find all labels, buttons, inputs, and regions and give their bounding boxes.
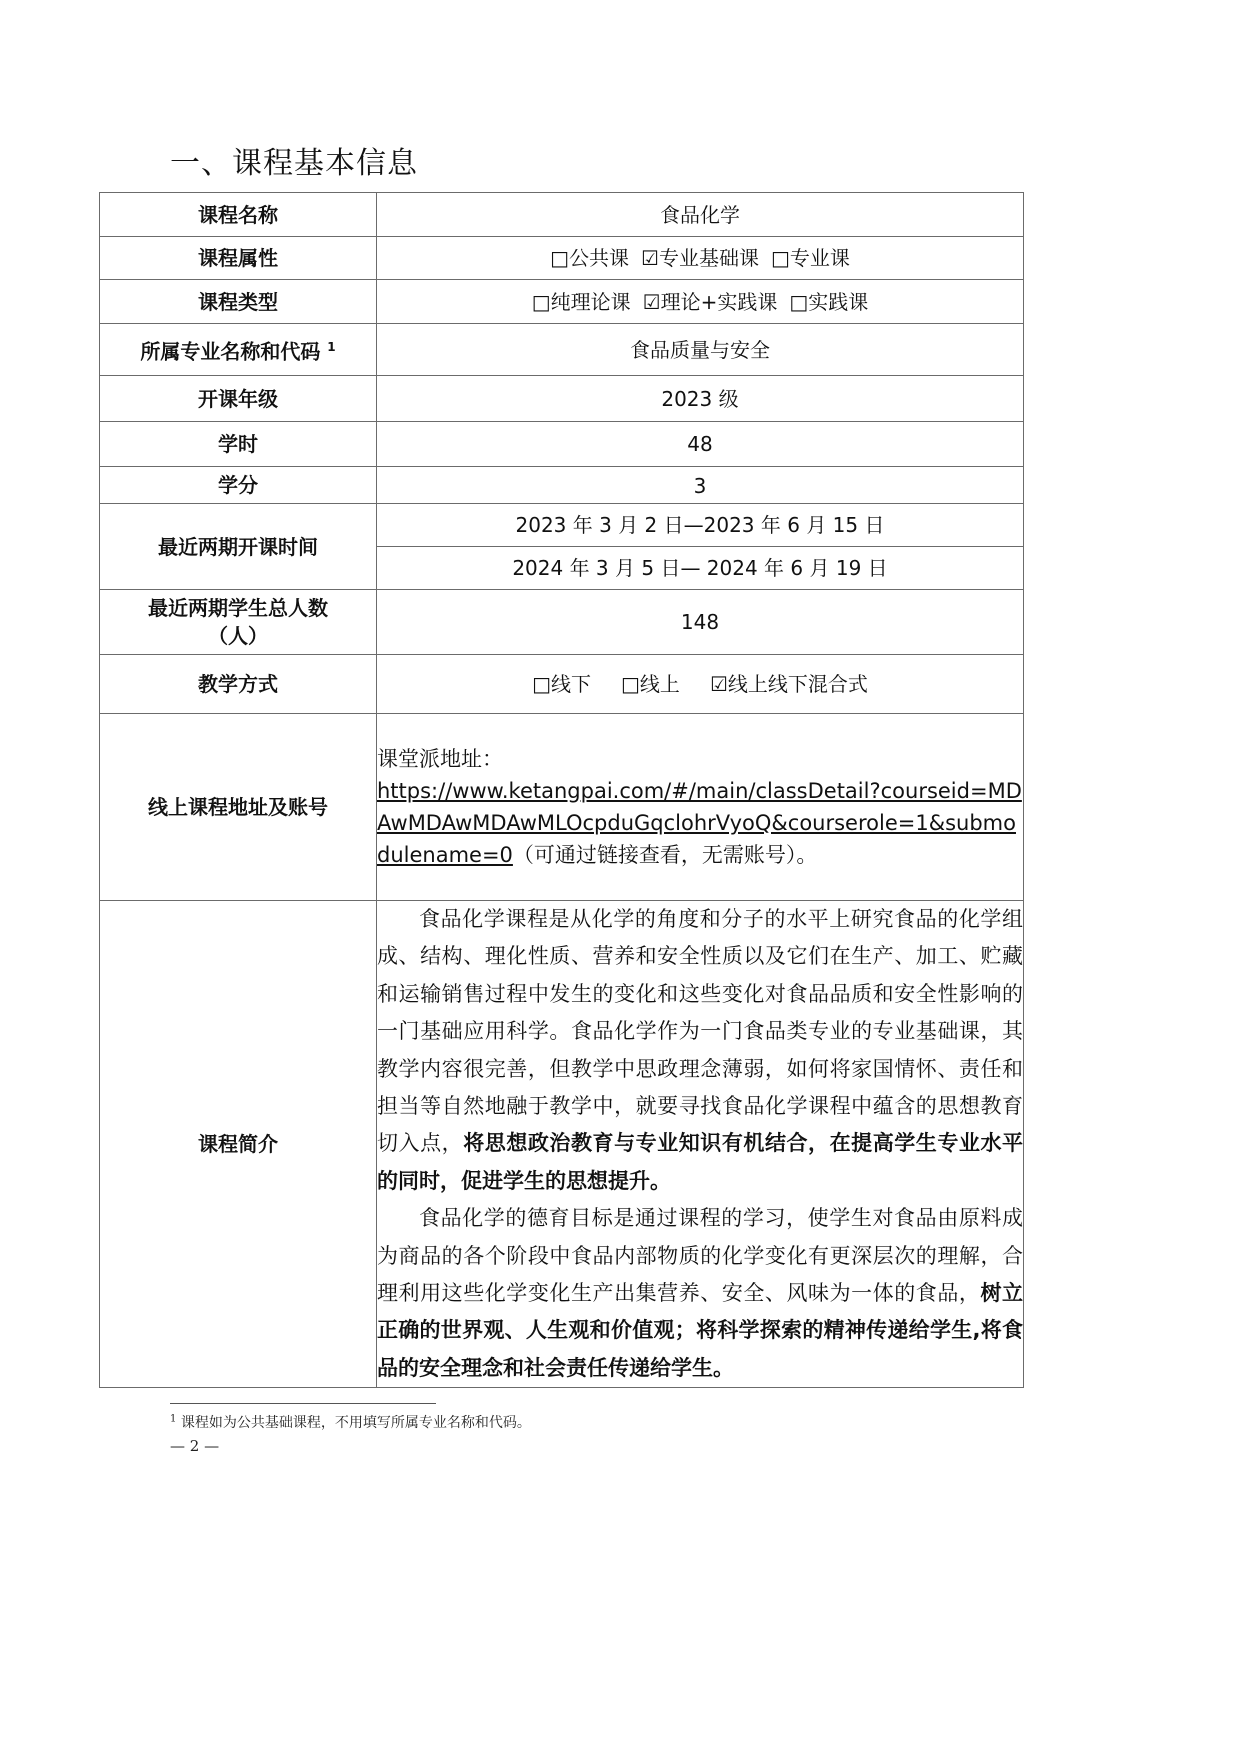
- label-students: 最近两期学生总人数 （人）: [100, 590, 377, 655]
- value-credits: 3: [377, 467, 1024, 504]
- label-major: 所属专业名称和代码 1: [100, 324, 377, 376]
- value-term-2: 2024 年 3 月 5 日— 2024 年 6 月 19 日: [377, 547, 1024, 590]
- online-note: （可通过链接查看，无需账号）。: [513, 843, 818, 867]
- option-theory-practice[interactable]: ☑理论+实践课: [643, 290, 778, 314]
- label-intro: 课程简介: [100, 901, 377, 1388]
- option-major-course[interactable]: □专业课: [771, 246, 850, 270]
- option-theory-only[interactable]: □纯理论课: [532, 290, 631, 314]
- value-online-address: 课堂派地址：https://www.ketangpai.com/#/main/c…: [377, 714, 1024, 901]
- label-online-address: 线上课程地址及账号: [100, 714, 377, 901]
- footnote-mark: 1: [170, 1413, 176, 1424]
- value-teaching-mode: □线下□线上☑线上线下混合式: [377, 655, 1024, 714]
- label-course-type: 课程类型: [100, 280, 377, 324]
- page-number: — 2 —: [170, 1437, 219, 1455]
- footnote-ref: 1: [327, 340, 335, 354]
- option-practice[interactable]: □实践课: [789, 290, 868, 314]
- value-intro: 食品化学课程是从化学的角度和分子的水平上研究食品的化学组成、结构、理化性质、营养…: [377, 901, 1024, 1388]
- intro-p1-bold: 将思想政治教育与专业知识有机结合，在提高学生专业水平的同时，促进学生的思想提升。: [377, 1131, 1023, 1192]
- value-students: 148: [377, 590, 1024, 655]
- row-course-type: 课程类型 □纯理论课☑理论+实践课□实践课: [100, 280, 1024, 324]
- value-course-type: □纯理论课☑理论+实践课□实践课: [377, 280, 1024, 324]
- row-intro: 课程简介 食品化学课程是从化学的角度和分子的水平上研究食品的化学组成、结构、理化…: [100, 901, 1024, 1388]
- value-grade: 2023 级: [377, 376, 1024, 422]
- intro-paragraph-1: 食品化学课程是从化学的角度和分子的水平上研究食品的化学组成、结构、理化性质、营养…: [377, 901, 1023, 1200]
- option-online[interactable]: □线上: [621, 672, 680, 696]
- course-info-table: 课程名称 食品化学 课程属性 □公共课☑专业基础课□专业课 课程类型 □纯理论课…: [99, 192, 1024, 1388]
- row-grade: 开课年级 2023 级: [100, 376, 1024, 422]
- row-credits: 学分 3: [100, 467, 1024, 504]
- value-major: 食品质量与安全: [377, 324, 1024, 376]
- footnote-divider: [170, 1403, 436, 1404]
- label-credits: 学分: [100, 467, 377, 504]
- footnote-text: 课程如为公共基础课程，不用填写所属专业名称和代码。: [181, 1415, 531, 1431]
- intro-p2-text: 食品化学的德育目标是通过课程的学习，使学生对食品由原料成为商品的各个阶段中食品内…: [377, 1206, 1023, 1305]
- row-teaching-mode: 教学方式 □线下□线上☑线上线下混合式: [100, 655, 1024, 714]
- row-course-attr: 课程属性 □公共课☑专业基础课□专业课: [100, 237, 1024, 280]
- label-course-attr: 课程属性: [100, 237, 377, 280]
- online-prefix: 课堂派地址：: [377, 743, 1023, 775]
- label-recent-terms: 最近两期开课时间: [100, 504, 377, 590]
- option-basic-major-course[interactable]: ☑专业基础课: [641, 246, 759, 270]
- label-major-text: 所属专业名称和代码: [140, 340, 320, 364]
- row-major: 所属专业名称和代码 1 食品质量与安全: [100, 324, 1024, 376]
- intro-paragraph-2: 食品化学的德育目标是通过课程的学习，使学生对食品由原料成为商品的各个阶段中食品内…: [377, 1200, 1023, 1387]
- option-public-course[interactable]: □公共课: [550, 246, 629, 270]
- label-hours: 学时: [100, 422, 377, 467]
- label-students-line2: （人）: [100, 622, 376, 650]
- footnote: 1 课程如为公共基础课程，不用填写所属专业名称和代码。: [170, 1412, 531, 1432]
- label-teaching-mode: 教学方式: [100, 655, 377, 714]
- option-blended[interactable]: ☑线上线下混合式: [710, 672, 868, 696]
- intro-p1-text: 食品化学课程是从化学的角度和分子的水平上研究食品的化学组成、结构、理化性质、营养…: [377, 907, 1023, 1155]
- value-term-1: 2023 年 3 月 2 日—2023 年 6 月 15 日: [377, 504, 1024, 547]
- label-course-name: 课程名称: [100, 193, 377, 237]
- row-online-address: 线上课程地址及账号 课堂派地址：https://www.ketangpai.co…: [100, 714, 1024, 901]
- value-course-name: 食品化学: [377, 193, 1024, 237]
- row-recent-terms-1: 最近两期开课时间 2023 年 3 月 2 日—2023 年 6 月 15 日: [100, 504, 1024, 547]
- label-grade: 开课年级: [100, 376, 377, 422]
- value-hours: 48: [377, 422, 1024, 467]
- section-heading: 一、课程基本信息: [170, 138, 418, 182]
- option-offline[interactable]: □线下: [532, 672, 591, 696]
- row-course-name: 课程名称 食品化学: [100, 193, 1024, 237]
- row-students: 最近两期学生总人数 （人） 148: [100, 590, 1024, 655]
- label-students-line1: 最近两期学生总人数: [100, 594, 376, 622]
- value-course-attr: □公共课☑专业基础课□专业课: [377, 237, 1024, 280]
- row-hours: 学时 48: [100, 422, 1024, 467]
